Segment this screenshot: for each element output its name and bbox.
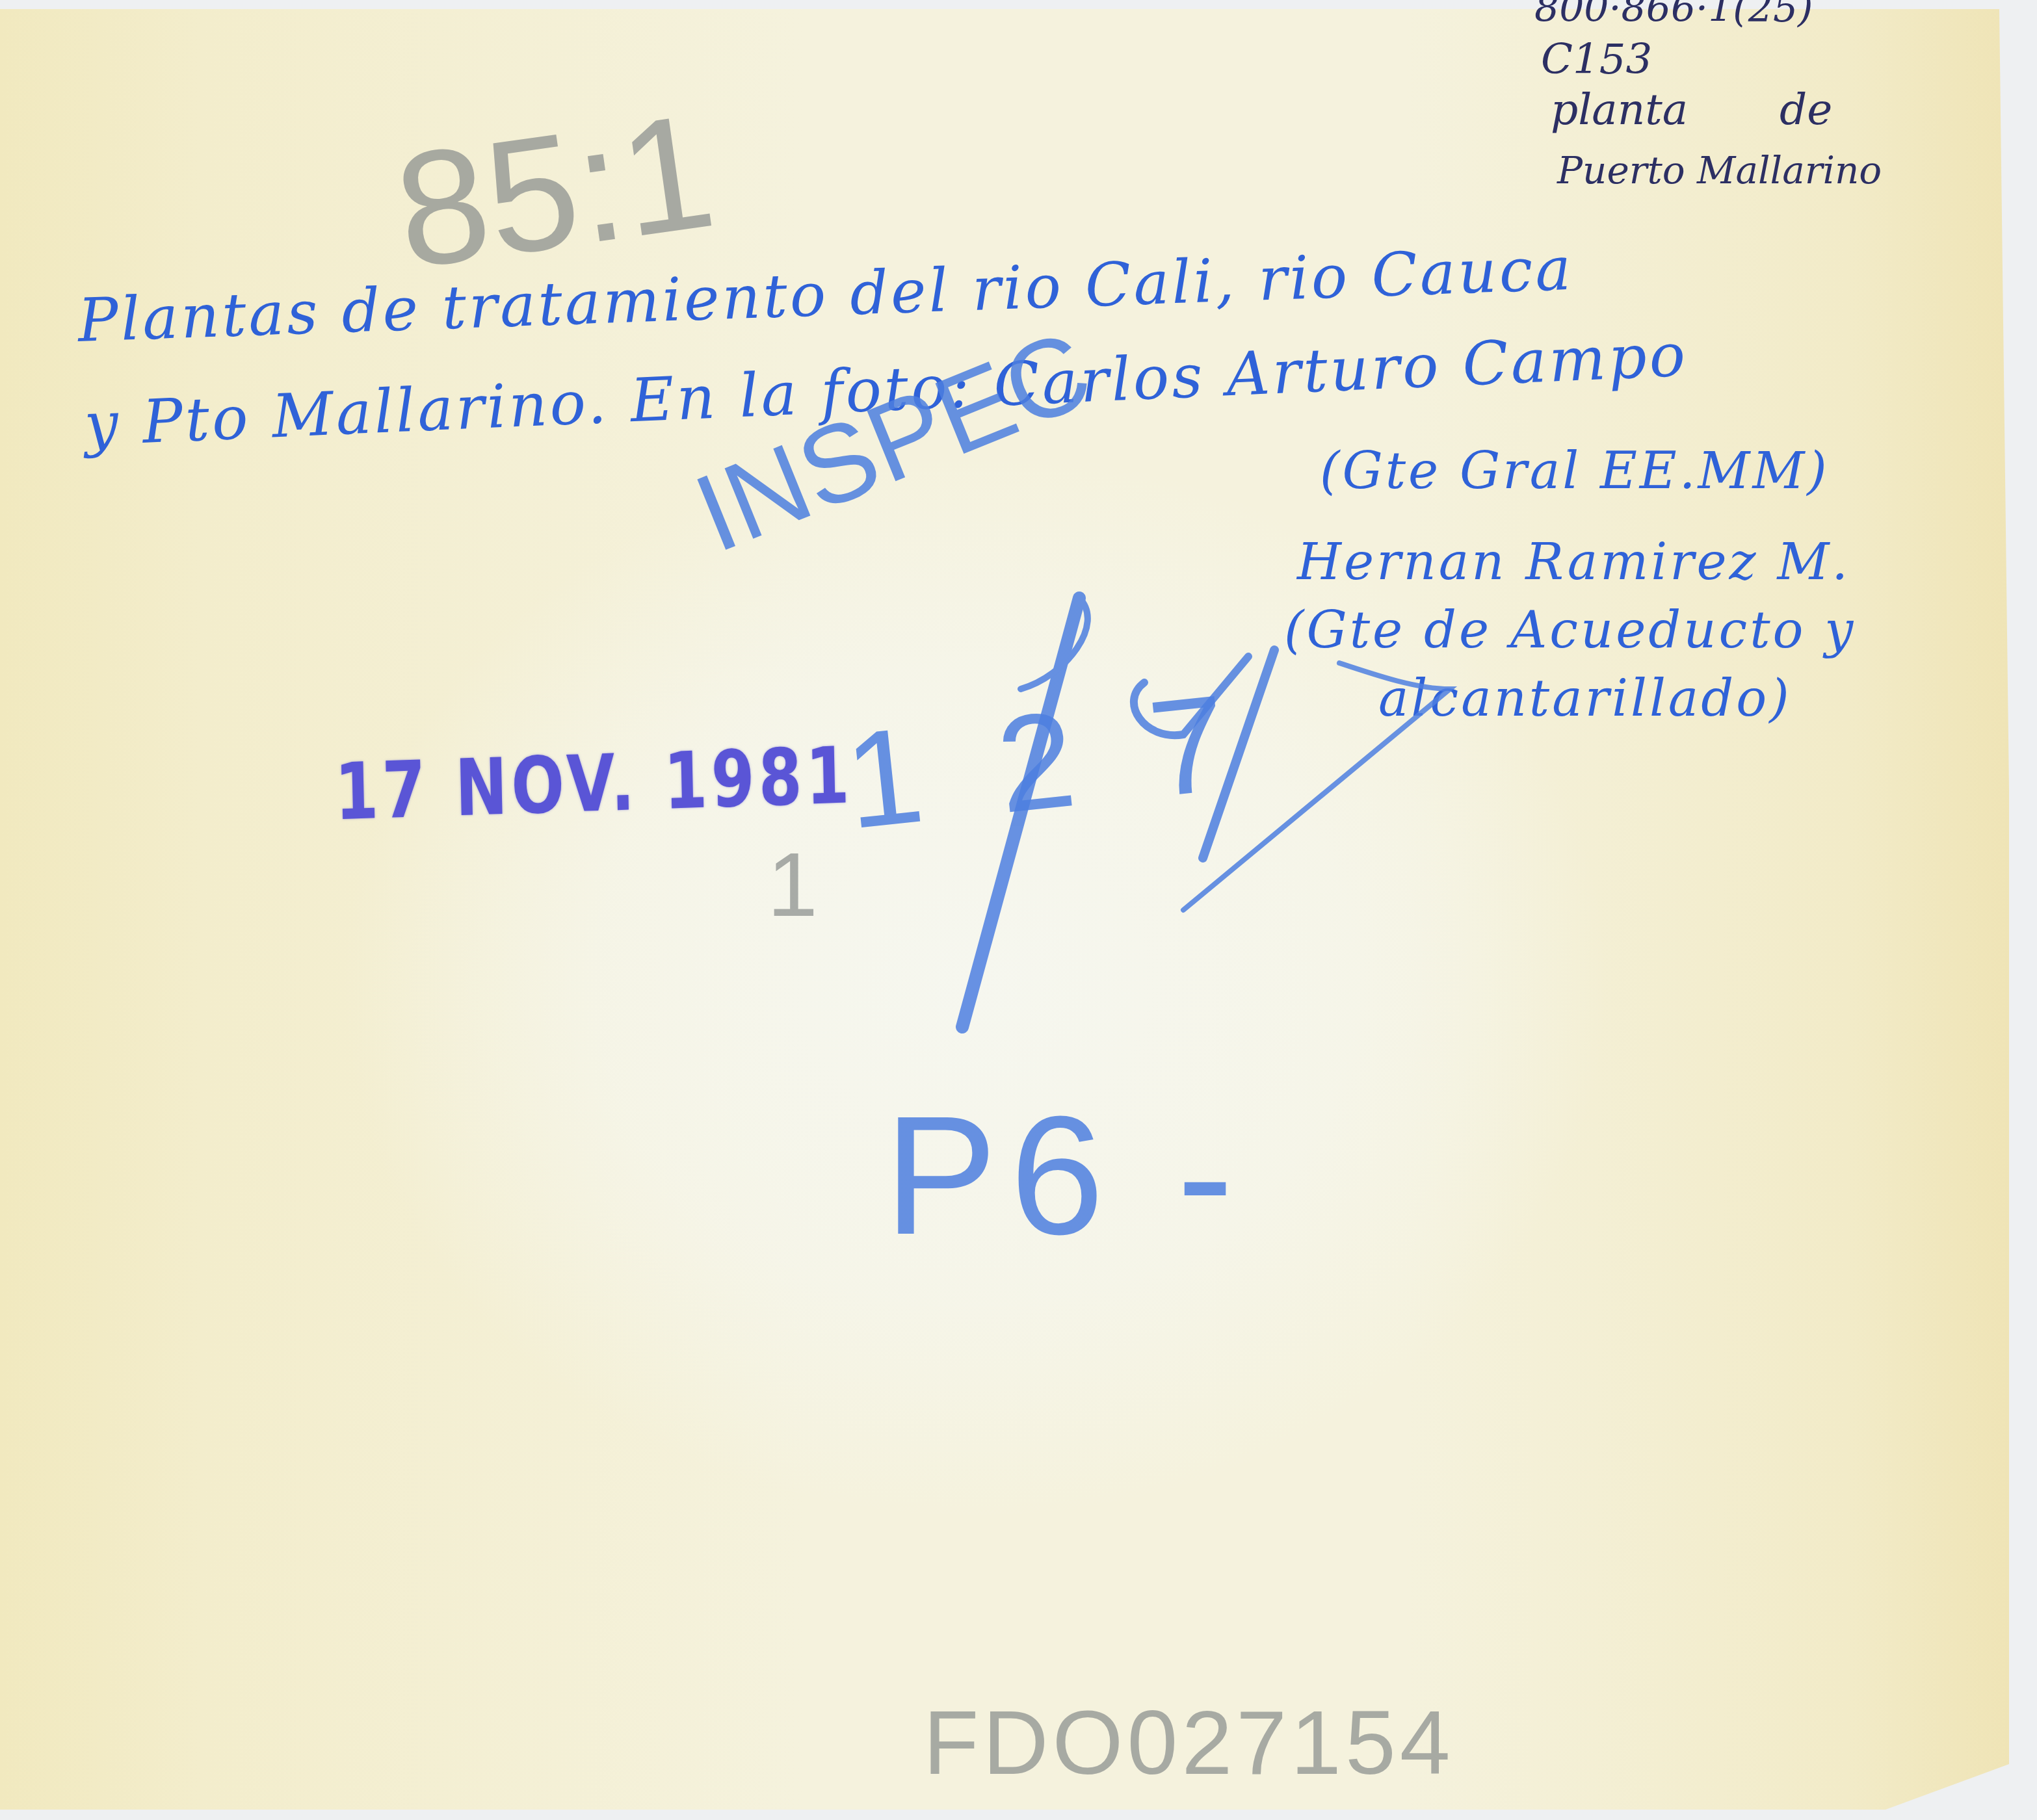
crayon-page-mark: P6 - (884, 1079, 1246, 1273)
top-right-note-line3: planta de (1551, 84, 1832, 135)
date-stamp: 17 NOV. 1981 (334, 730, 854, 838)
caption-line4: Hernan Ramirez M. (1297, 533, 1850, 591)
caption-line6: alcantarillado) (1378, 669, 1792, 728)
caption-line3: (Gte Gral EE.MM) (1320, 442, 1830, 500)
caption-line5: (Gte de Acueducto y (1284, 601, 1856, 660)
top-right-note-line2: C153 (1541, 36, 1652, 84)
top-right-note-line1: 800·866·1(25) (1534, 0, 1813, 31)
pencil-archive-id: FDO027154 (923, 1690, 1454, 1795)
pencil-mid-mark: 1 (767, 832, 818, 937)
top-right-note-line4: Puerto Mallarino (1557, 148, 1882, 192)
